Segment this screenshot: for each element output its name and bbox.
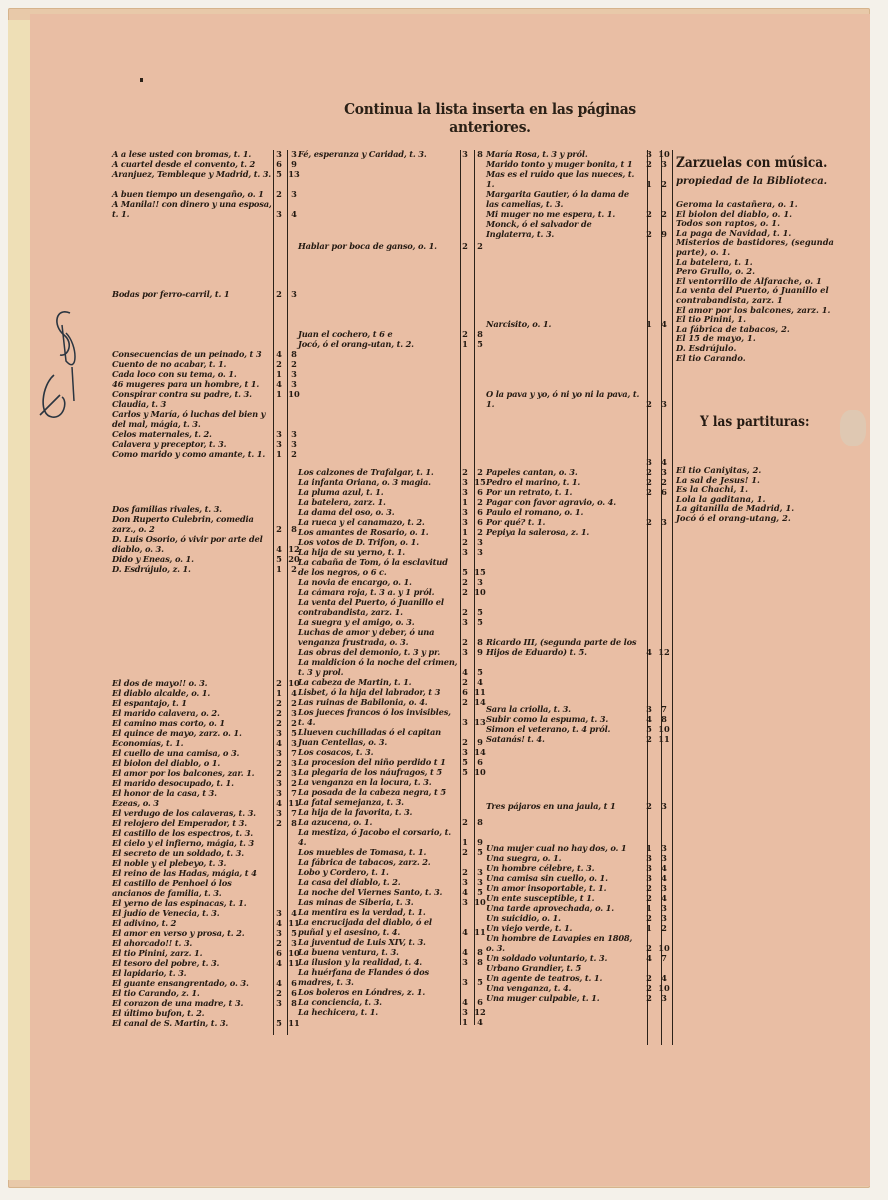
play-title: El castillo de Penhoel ó los ancianos de… <box>112 879 272 898</box>
count-a: 4 <box>458 928 472 938</box>
play-title: La encrucijada del diablo, ó el puñal y … <box>298 918 458 937</box>
count-b: 3 <box>656 400 672 410</box>
play-title: Pepiya la salerosa, z. 1. <box>486 528 642 538</box>
count-a: 2 <box>642 160 656 170</box>
list-item: Jocó ó el orang-utang, 2. <box>676 514 841 524</box>
count-b: 9 <box>656 230 672 240</box>
count-b: 10 <box>286 390 302 400</box>
count-a: 1 <box>272 565 286 575</box>
table-row: El canal de S. Martin, t. 3.511 <box>112 1019 302 1029</box>
table-row: D. Esdrújulo, z. 1.12 <box>112 565 302 575</box>
count-b: 2 <box>656 924 672 934</box>
count-b: 3 <box>472 548 488 558</box>
count-b: 11 <box>656 735 672 745</box>
count-a: 3 <box>458 548 472 558</box>
count-a: 5 <box>272 170 286 180</box>
count-a: 2 <box>458 848 472 858</box>
count-a: 2 <box>642 944 656 954</box>
play-title: Monck, ó el salvador de Inglaterra, t. 3… <box>486 220 642 239</box>
count-a: 3 <box>458 618 472 628</box>
table-row: Llueven cuchilladas ó el capitan Juan Ce… <box>298 728 488 747</box>
count-b: 6 <box>656 488 672 498</box>
list-item: El tio Carando. <box>676 354 841 364</box>
count-a: 3 <box>458 648 472 658</box>
zarzuelas-subheading: propiedad de la Biblioteca. <box>676 176 827 187</box>
zarzuelas-heading: Zarzuelas con música. <box>676 155 827 171</box>
play-title: El canal de S. Martin, t. 3. <box>112 1019 272 1029</box>
table-row: Una muger culpable, t. 1.23 <box>486 994 672 1004</box>
table-row: Pepiya la salerosa, z. 1. <box>486 528 672 538</box>
play-title: Margarita Gautier, ó la dama de las came… <box>486 190 642 209</box>
play-title: Una muger culpable, t. 1. <box>486 994 642 1004</box>
count-a: 2 <box>642 518 656 528</box>
play-title: La mestiza, ó Jacobo el corsario, t. 4. <box>298 828 458 847</box>
table-row: Como marido y como amante, t. 1.12 <box>112 450 302 460</box>
page-title: Continua la lista inserta en las páginas… <box>306 100 674 136</box>
table-row: La cabaña de Tom, ó la esclavitud de los… <box>298 558 488 577</box>
ink-mark <box>140 78 143 82</box>
count-a: 1 <box>458 340 472 350</box>
count-a: 2 <box>458 818 472 828</box>
table-row: Jocó, ó el orang-utan, t. 2.15 <box>298 340 488 350</box>
count-a: 2 <box>458 638 472 648</box>
play-title: La venta del Puerto, ó Juanillo el contr… <box>298 598 458 617</box>
binding-strip <box>8 20 31 1180</box>
count-b: 15 <box>472 568 488 578</box>
list-item: Misterios de bastidores, (segunda parte)… <box>676 238 841 257</box>
count-a: 4 <box>642 648 656 658</box>
count-b: 5 <box>472 608 488 618</box>
count-a: 4 <box>458 668 472 678</box>
count-a: 3 <box>272 210 286 220</box>
table-row: La maldicion ó la noche del crimen, t. 3… <box>298 658 488 677</box>
count-b: 2 <box>656 180 672 190</box>
table-row: La huérfana de Flandes ó dos madres, t. … <box>298 968 488 987</box>
play-title: Un hombre de Lavapies en 1808, o. 3. <box>486 934 642 953</box>
play-title: Los jueces francos ó los invisibles, t. … <box>298 708 458 727</box>
count-a: 1 <box>458 838 472 848</box>
count-a: 3 <box>458 718 472 728</box>
play-title: Aranjuez, Tembleque y Madrid, t. 3. <box>112 170 272 180</box>
play-title: La cabaña de Tom, ó la esclavitud de los… <box>298 558 458 577</box>
count-a: 1 <box>272 450 286 460</box>
table-row: Los jueces francos ó los invisibles, t. … <box>298 708 488 727</box>
play-title: Fé, esperanza y Caridad, t. 3. <box>298 150 458 160</box>
table-row: Aranjuez, Tembleque y Madrid, t. 3.513 <box>112 170 302 180</box>
count-a: 2 <box>272 819 286 829</box>
count-b: 5 <box>472 340 488 350</box>
count-b: 10 <box>472 588 488 598</box>
play-title: Satanás! t. 4. <box>486 735 642 745</box>
table-row: Fé, esperanza y Caridad, t. 3.38 <box>298 150 488 160</box>
count-a: 2 <box>642 735 656 745</box>
table-row: 14 <box>298 1018 488 1028</box>
count-a: 2 <box>642 994 656 1004</box>
partituras-list: El tio Caniyitas, 2. La sal de Jesus! 1.… <box>676 466 841 524</box>
count-a: 3 <box>458 898 472 908</box>
table-row: O la pava y yo, ó ni yo ni la pava, t. 1… <box>486 390 672 409</box>
count-a: 3 <box>272 999 286 1009</box>
count-b: 3 <box>286 290 302 300</box>
count-a: 2 <box>642 400 656 410</box>
count-a: 1 <box>458 1018 472 1028</box>
count-a: 2 <box>458 608 472 618</box>
count-a: 5 <box>272 1019 286 1029</box>
table-row: D. Luis Osorio, ó vivir por arte del dia… <box>112 535 302 554</box>
handwritten-note-icon <box>38 305 88 425</box>
play-title: Mas es el ruido que las nueces, t. 1. <box>486 170 642 189</box>
play-title: La hechicera, t. 1. <box>298 1008 458 1018</box>
table-row: Margarita Gautier, ó la dama de las came… <box>486 190 672 209</box>
count-a: 2 <box>272 190 286 200</box>
count-b: 8 <box>472 818 488 828</box>
count-a: 2 <box>642 230 656 240</box>
table-row: Bodas por ferro-carril, t. 123 <box>112 290 302 300</box>
count-a: 1 <box>642 180 656 190</box>
table-row: Tres pájaros en una jaula, t 123 <box>486 802 672 812</box>
count-b: 10 <box>656 944 672 954</box>
count-a: 2 <box>458 242 472 252</box>
count-b: 3 <box>656 802 672 812</box>
count-a: 3 <box>458 150 472 160</box>
play-title: Luchas de amor y deber, ó una venganza f… <box>298 628 458 647</box>
count-b: 3 <box>656 160 672 170</box>
zarzuelas-list: Geroma la castañera, o. 1. El biolon del… <box>676 200 841 363</box>
play-title: La huérfana de Flandes ó dos madres, t. … <box>298 968 458 987</box>
play-title: Don Ruperto Culebrin, comedia zarz., o. … <box>112 515 272 534</box>
count-a: 2 <box>642 210 656 220</box>
count-b: 7 <box>656 954 672 964</box>
count-a: 2 <box>458 698 472 708</box>
list-item: La venta del Puerto, ó Juanillo el contr… <box>676 286 841 305</box>
count-a: 3 <box>458 958 472 968</box>
play-title: A Manila!! con dinero y una esposa, t. 1… <box>112 200 272 219</box>
play-title: Narcisito, o. 1. <box>486 320 642 330</box>
table-row: Carlos y María, ó luchas del bien y del … <box>112 410 302 429</box>
table-row: Ricardo III, (segunda parte de los Hijos… <box>486 638 672 657</box>
play-title: Bodas por ferro-carril, t. 1 <box>112 290 272 300</box>
play-title: D. Esdrújulo, z. 1. <box>112 565 272 575</box>
count-b: 4 <box>472 1018 488 1028</box>
count-b: 5 <box>472 618 488 628</box>
count-a: 5 <box>458 568 472 578</box>
table-row: La encrucijada del diablo, ó el puñal y … <box>298 918 488 937</box>
count-b: 4 <box>656 320 672 330</box>
count-b: 4 <box>286 210 302 220</box>
count-a: 4 <box>272 959 286 969</box>
column-rule <box>672 150 673 1045</box>
table-row: Luchas de amor y deber, ó una venganza f… <box>298 628 488 647</box>
count-b: 2 <box>286 450 302 460</box>
table-row: El castillo de Penhoel ó los ancianos de… <box>112 879 302 898</box>
count-b: 13 <box>286 170 302 180</box>
count-b: 3 <box>656 994 672 1004</box>
table-row: La mestiza, ó Jacobo el corsario, t. 4.1… <box>298 828 488 847</box>
play-title: D. Luis Osorio, ó vivir por arte del dia… <box>112 535 272 554</box>
count-b: 10 <box>472 768 488 778</box>
table-row: Monck, ó el salvador de Inglaterra, t. 3… <box>486 220 672 239</box>
play-title: Hablar por boca de ganso, o. 1. <box>298 242 458 252</box>
partituras-heading: Y las partituras: <box>700 414 810 430</box>
count-b: 2 <box>472 242 488 252</box>
play-title: Tres pájaros en una jaula, t 1 <box>486 802 642 812</box>
count-b: 2 <box>656 210 672 220</box>
table-row: A Manila!! con dinero y una esposa, t. 1… <box>112 200 302 219</box>
count-a: 1 <box>642 924 656 934</box>
play-title: O la pava y yo, ó ni yo ni la pava, t. 1… <box>486 390 642 409</box>
table-row: La hechicera, t. 1.312 <box>298 1008 488 1018</box>
count-a: 2 <box>642 802 656 812</box>
count-a: 2 <box>642 488 656 498</box>
play-title: La maldicion ó la noche del crimen, t. 3… <box>298 658 458 677</box>
count-a: 1 <box>272 390 286 400</box>
count-a: 4 <box>272 545 286 555</box>
paper-stain <box>840 410 866 446</box>
play-title: Ricardo III, (segunda parte de los Hijos… <box>486 638 642 657</box>
table-row: Narcisito, o. 1.14 <box>486 320 672 330</box>
play-title: Como marido y como amante, t. 1. <box>112 450 272 460</box>
count-a: 2 <box>272 290 286 300</box>
table-row: Mas es el ruido que las nueces, t. 1.12 <box>486 170 672 189</box>
count-a: 2 <box>272 525 286 535</box>
count-a: 5 <box>458 768 472 778</box>
count-b: 3 <box>286 190 302 200</box>
table-row: Satanás! t. 4.211 <box>486 735 672 745</box>
count-a: 3 <box>458 978 472 988</box>
table-row: Don Ruperto Culebrin, comedia zarz., o. … <box>112 515 302 534</box>
play-title: Jocó, ó el orang-utan, t. 2. <box>298 340 458 350</box>
count-a: 2 <box>458 738 472 748</box>
count-a: 1 <box>642 320 656 330</box>
count-b: 12 <box>656 648 672 658</box>
count-a: 4 <box>642 954 656 964</box>
count-a: 2 <box>458 588 472 598</box>
count-b: 3 <box>656 518 672 528</box>
table-row: Un hombre de Lavapies en 1808, o. 3.210 <box>486 934 672 953</box>
table-row: Hablar por boca de ganso, o. 1.22 <box>298 242 488 252</box>
play-title: Llueven cuchilladas ó el capitan Juan Ce… <box>298 728 458 747</box>
count-b: 5 <box>472 668 488 678</box>
table-row: La venta del Puerto, ó Juanillo el contr… <box>298 598 488 617</box>
play-title: Carlos y María, ó luchas del bien y del … <box>112 410 272 429</box>
